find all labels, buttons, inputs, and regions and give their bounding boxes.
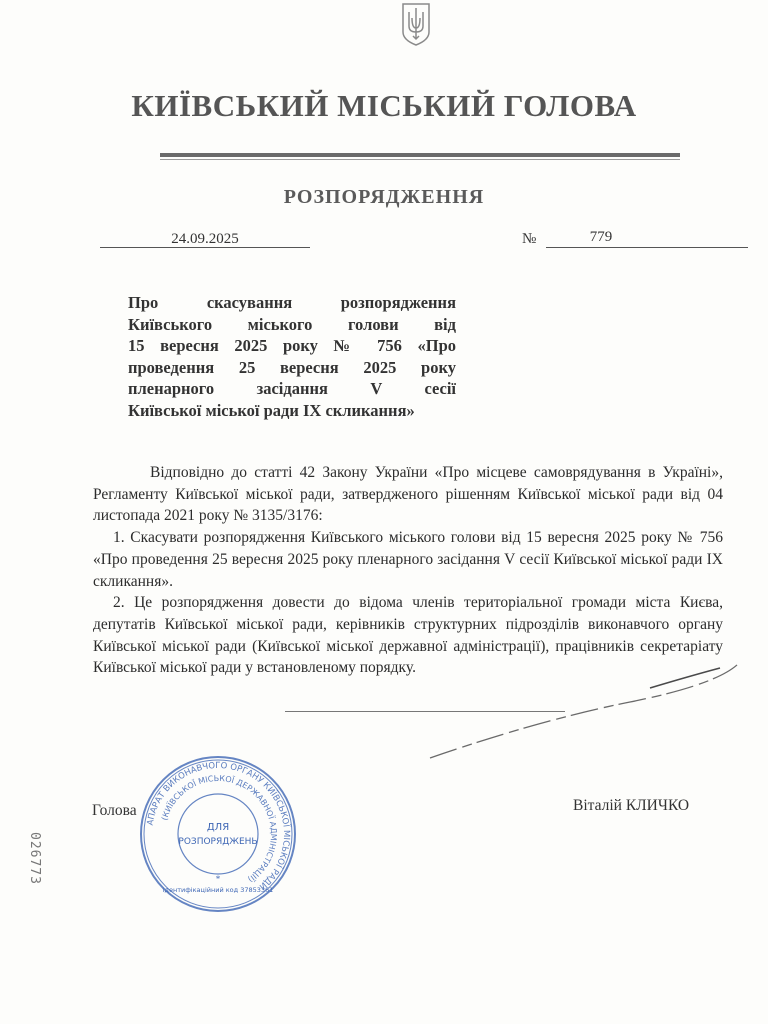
stamp-center-line1: ДЛЯ	[207, 822, 229, 833]
subject-line: Київської міської ради IX скликання»	[128, 400, 456, 422]
date-underline	[100, 247, 310, 248]
subject-line: Київського міського голови від	[128, 314, 456, 336]
preamble-paragraph: Відповідно до статті 42 Закону України «…	[93, 462, 723, 527]
document-type: РОЗПОРЯДЖЕННЯ	[0, 186, 768, 209]
official-stamp: АПАРАТ ВИКОНАВЧОГО ОРГАНУ КИЇВСЬКОЇ МІСЬ…	[138, 754, 298, 914]
subject-line: 15 вересня 2025 року № 756 «Про	[128, 335, 456, 357]
stamp-id-code: ідентифікаційний код 37853361	[163, 886, 274, 894]
stamp-center-line2: РОЗПОРЯДЖЕНЬ	[178, 837, 257, 847]
issuer-title: КИЇВСЬКИЙ МІСЬКИЙ ГОЛОВА	[0, 88, 768, 124]
subject-line: пленарного засідання V сесії	[128, 378, 456, 400]
header-rule-thin	[160, 159, 680, 160]
handwritten-signature-icon	[420, 650, 750, 760]
document-date: 24.09.2025	[100, 231, 310, 248]
document-body: Відповідно до статті 42 Закону України «…	[93, 462, 723, 679]
document-number: 779	[546, 229, 656, 246]
signatory-position: Голова	[92, 802, 137, 820]
subject-line: Про скасування розпорядження	[128, 292, 456, 314]
stamp-star-icon: *	[216, 874, 221, 884]
signatory-name: Віталій КЛИЧКО	[573, 797, 689, 815]
trident-coat-of-arms-icon	[401, 2, 431, 46]
number-underline	[546, 247, 748, 248]
subject-line: проведення 25 вересня 2025 року	[128, 357, 456, 379]
serial-number: 026773	[27, 832, 42, 912]
header-rule	[160, 153, 680, 157]
document-subject: Про скасування розпорядження Київського …	[128, 292, 456, 421]
number-sign: №	[522, 231, 536, 248]
item-1-paragraph: 1. Скасувати розпорядження Київського мі…	[93, 527, 723, 592]
